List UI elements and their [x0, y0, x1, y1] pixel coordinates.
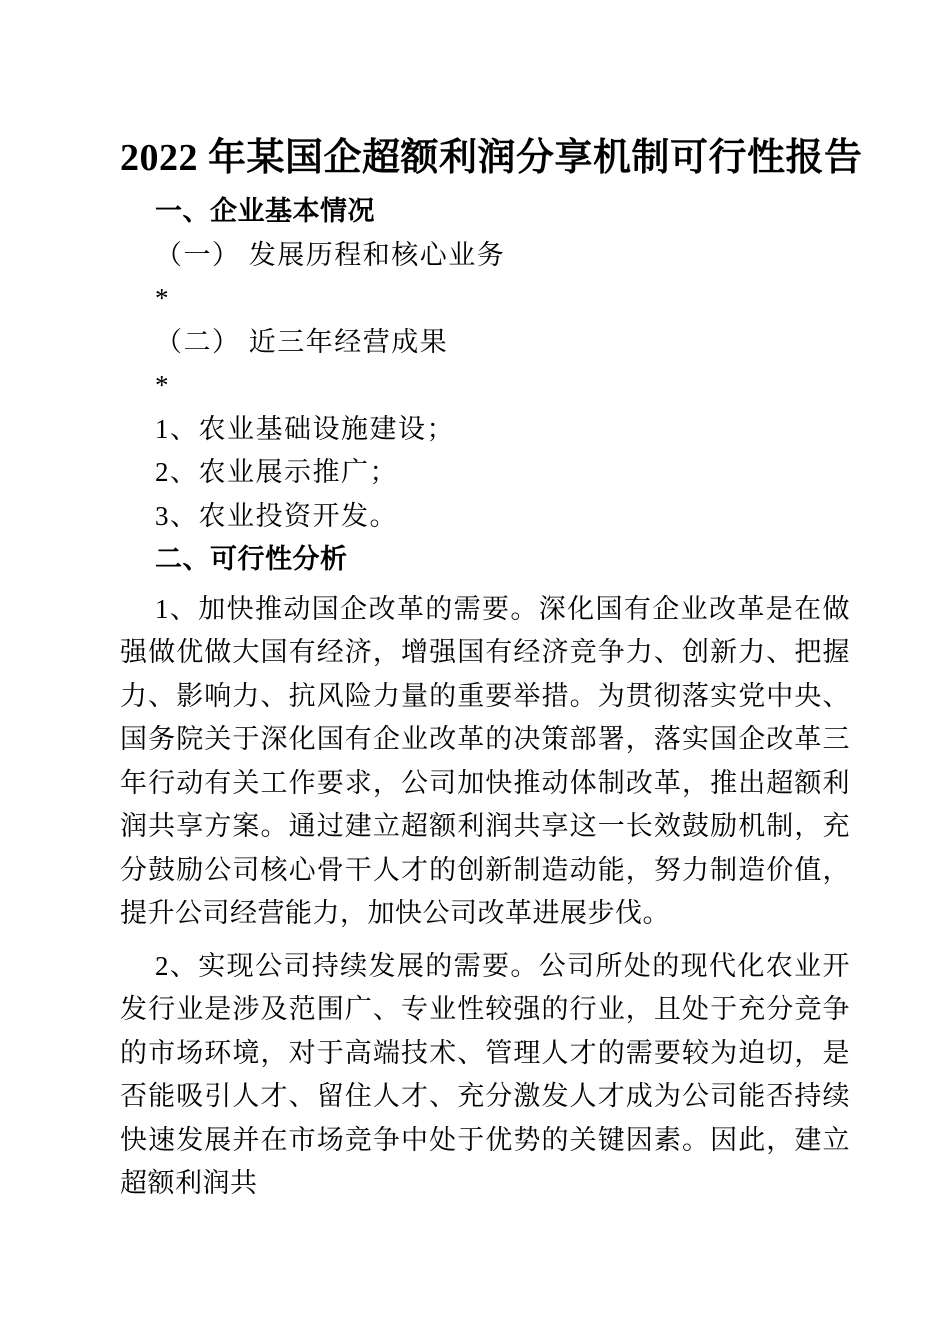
document-title: 2022 年某国企超额利润分享机制可行性报告 — [120, 132, 850, 184]
section-2-heading: 二、可行性分析 — [120, 538, 850, 582]
subsection-1-2-placeholder: * — [120, 364, 850, 408]
subsection-1-1-heading: （一） 发展历程和核心业务 — [120, 234, 850, 278]
business-item-3: 3、农业投资开发。 — [120, 495, 850, 539]
business-item-2: 2、农业展示推广； — [120, 451, 850, 495]
document-page: 2022 年某国企超额利润分享机制可行性报告 一、企业基本情况 （一） 发展历程… — [0, 0, 950, 1344]
section-1-heading: 一、企业基本情况 — [120, 190, 850, 234]
subsection-1-1-placeholder: * — [120, 277, 850, 321]
feasibility-paragraph-1: 1、加快推动国企改革的需要。深化国有企业改革是在做强做优做大国有经济，增强国有经… — [120, 588, 850, 936]
business-item-1: 1、农业基础设施建设； — [120, 408, 850, 452]
subsection-1-2-heading: （二） 近三年经营成果 — [120, 321, 850, 365]
feasibility-paragraph-2: 2、实现公司持续发展的需要。公司所处的现代化农业开发行业是涉及范围广、专业性较强… — [120, 945, 850, 1206]
